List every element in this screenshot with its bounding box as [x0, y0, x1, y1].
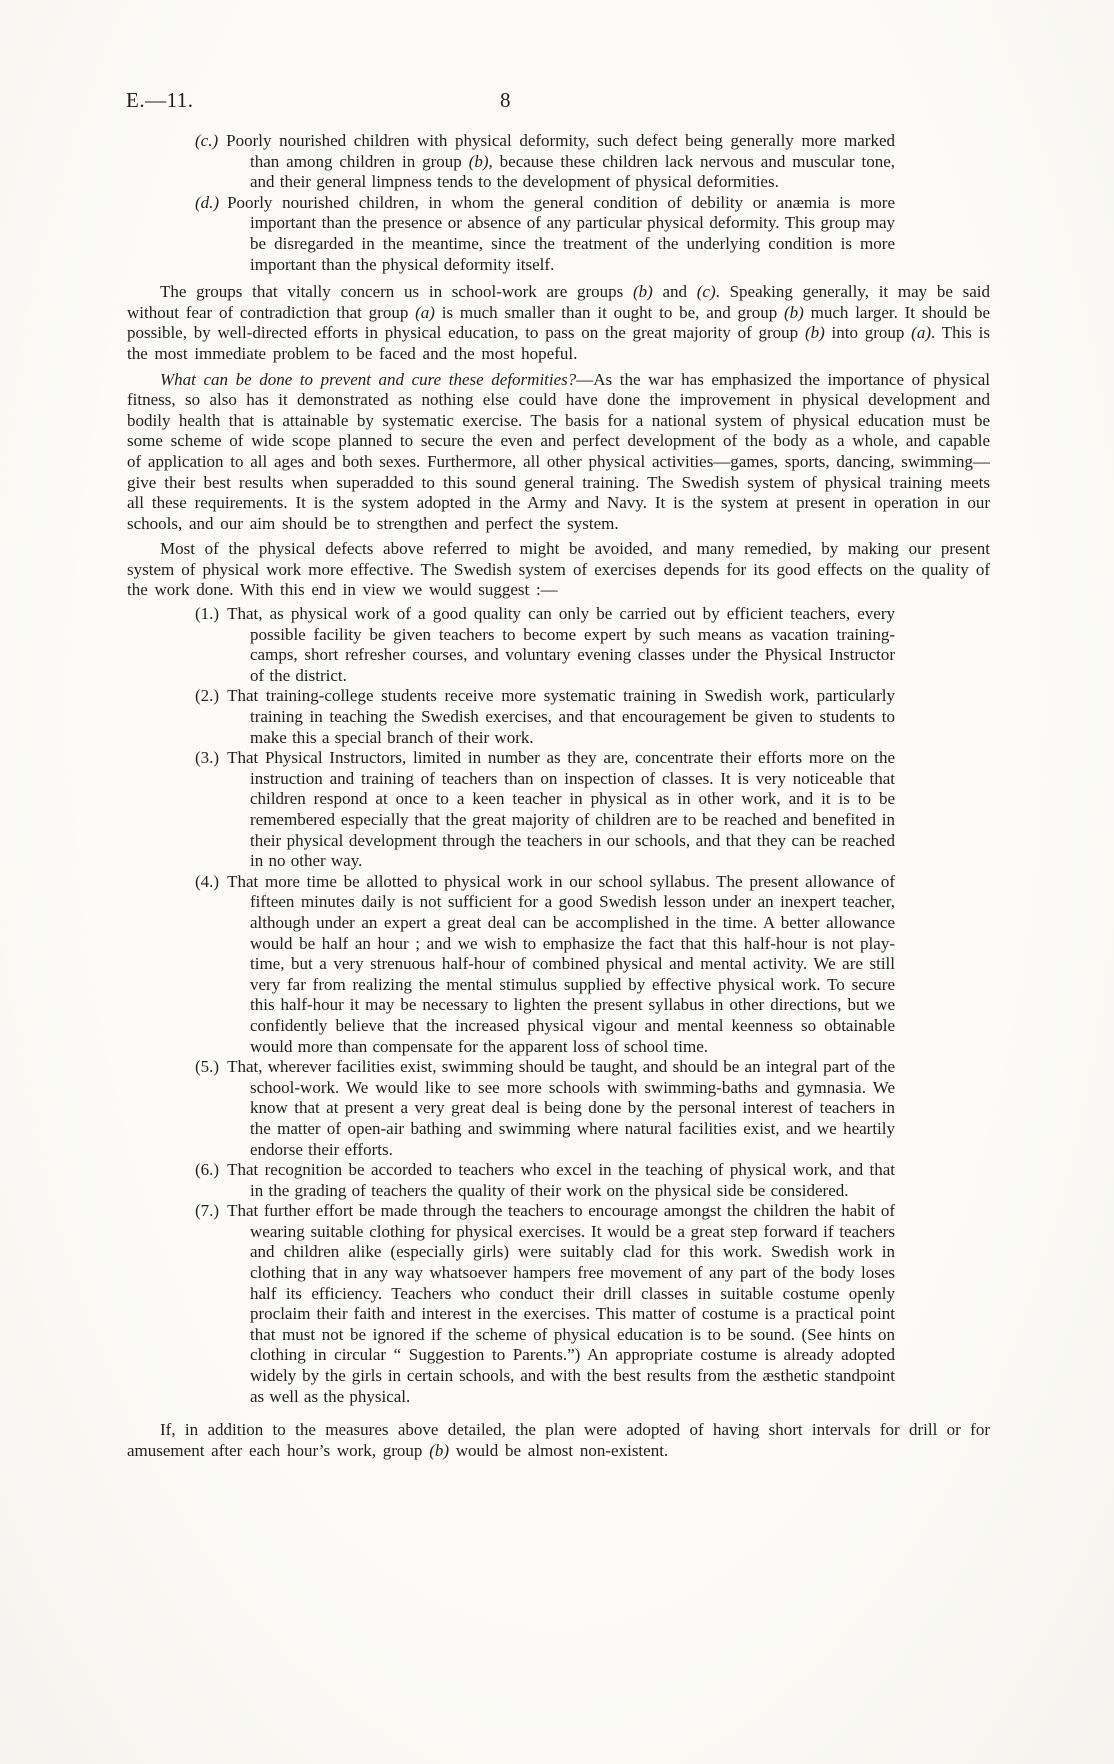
lettered-item: (d.)Poorly nourished children, in whom t…: [195, 193, 895, 275]
item-label: (6.): [195, 1160, 219, 1179]
item-label: (7.): [195, 1201, 219, 1220]
body-paragraph: What can be done to prevent and cure the…: [127, 370, 990, 535]
page-body: (c.)Poorly nourished children with physi…: [127, 131, 990, 1466]
item-text: That, wherever facilities exist, swimmin…: [227, 1057, 895, 1158]
closing-paragraph: If, in addition to the measures above de…: [127, 1420, 990, 1461]
item-label: (4.): [195, 872, 219, 891]
numbered-item: (2.)That training-college students recei…: [195, 686, 895, 748]
body-paragraph: The groups that vitally concern us in sc…: [127, 282, 990, 364]
numbered-suggestion-list: (1.)That, as physical work of a good qua…: [127, 604, 990, 1407]
body-paragraph: Most of the physical defects above refer…: [127, 539, 990, 601]
item-text: Poorly nourished children with physical …: [226, 131, 895, 191]
lettered-item: (c.)Poorly nourished children with physi…: [195, 131, 895, 193]
numbered-item: (6.)That recognition be accorded to teac…: [195, 1160, 895, 1201]
item-label: (3.): [195, 748, 219, 767]
scanned-document-page: E.—11. 8 (c.)Poorly nourished children w…: [0, 0, 1114, 1764]
numbered-item: (5.)That, wherever facilities exist, swi…: [195, 1057, 895, 1160]
item-text: That Physical Instructors, limited in nu…: [227, 748, 895, 870]
numbered-item: (1.)That, as physical work of a good qua…: [195, 604, 895, 686]
item-label: (5.): [195, 1057, 219, 1076]
item-text: That training-college students receive m…: [227, 686, 895, 746]
document-reference: E.—11.: [126, 88, 194, 113]
page-number: 8: [500, 88, 511, 113]
item-text: That further effort be made through the …: [227, 1201, 895, 1405]
item-text: That more time be allotted to physical w…: [227, 872, 895, 1056]
item-text: That recognition be accorded to teachers…: [227, 1160, 895, 1200]
numbered-item: (3.)That Physical Instructors, limited i…: [195, 748, 895, 872]
item-label: (d.): [195, 193, 219, 212]
body-paragraphs: The groups that vitally concern us in sc…: [127, 282, 990, 601]
numbered-item: (7.)That further effort be made through …: [195, 1201, 895, 1407]
item-text: That, as physical work of a good quality…: [227, 604, 895, 685]
numbered-item: (4.)That more time be allotted to physic…: [195, 872, 895, 1057]
item-text: Poorly nourished children, in whom the g…: [227, 193, 895, 274]
item-label: (1.): [195, 604, 219, 623]
item-label: (2.): [195, 686, 219, 705]
item-label: (c.): [195, 131, 218, 150]
lettered-item-list: (c.)Poorly nourished children with physi…: [127, 131, 990, 275]
